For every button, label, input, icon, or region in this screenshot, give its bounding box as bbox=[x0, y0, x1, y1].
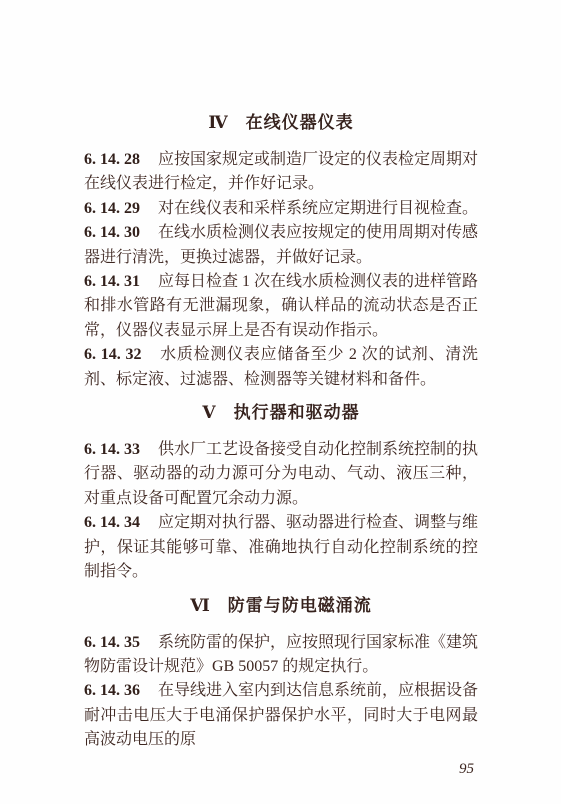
clause-number: 6. 14. 33 bbox=[84, 441, 140, 458]
clause-6-14-31: 6. 14. 31应每日检查 1 次在线水质检测仪表的进样管路和排水管路有无泄漏… bbox=[84, 270, 478, 343]
clause-text: 应定期对执行器、驱动器进行检查、调整与维护，保证其能够可靠、准确地执行自动化控制… bbox=[84, 514, 478, 580]
clause-number: 6. 14. 31 bbox=[84, 273, 140, 290]
clause-text: 系统防雷的保护，应按照现行国家标准《建筑物防雷设计规范》GB 50057 的规定… bbox=[84, 634, 478, 675]
section-title: 在线仪器仪表 bbox=[246, 113, 354, 132]
clause-text: 对在线仪表和采样系统应定期进行目视检查。 bbox=[158, 200, 478, 217]
clause-6-14-33: 6. 14. 33供水厂工艺设备接受自动化控制系统控制的执行器、驱动器的动力源可… bbox=[84, 438, 478, 511]
clause-6-14-28: 6. 14. 28应按国家规定或制造厂设定的仪表检定周期对在线仪表进行检定，并作… bbox=[84, 148, 478, 197]
section-numeral: Ⅵ bbox=[190, 596, 210, 615]
clause-number: 6. 14. 35 bbox=[84, 634, 140, 651]
section-heading-iv: Ⅳ在线仪器仪表 bbox=[84, 108, 478, 138]
clause-number: 6. 14. 36 bbox=[84, 682, 140, 699]
clause-text: 在线水质检测仪表应按规定的使用周期对传感器进行清洗，更换过滤器，并做好记录。 bbox=[84, 224, 478, 265]
section-numeral: Ⅴ bbox=[202, 403, 215, 422]
clause-6-14-35: 6. 14. 35系统防雷的保护，应按照现行国家标准《建筑物防雷设计规范》GB … bbox=[84, 631, 478, 680]
document-page: Ⅳ在线仪器仪表 6. 14. 28应按国家规定或制造厂设定的仪表检定周期对在线仪… bbox=[0, 0, 561, 804]
clause-number: 6. 14. 29 bbox=[84, 200, 140, 217]
section-title: 执行器和驱动器 bbox=[234, 403, 360, 422]
page-number: 95 bbox=[84, 757, 478, 781]
clause-6-14-32: 6. 14. 32水质检测仪表应储备至少 2 次的试剂、清洗剂、标定液、过滤器、… bbox=[84, 343, 478, 392]
clause-6-14-36: 6. 14. 36在导线进入室内到达信息系统前，应根据设备耐冲击电压大于电涌保护… bbox=[84, 679, 478, 752]
clause-6-14-29: 6. 14. 29对在线仪表和采样系统应定期进行目视检查。 bbox=[84, 197, 478, 221]
clause-text: 供水厂工艺设备接受自动化控制系统控制的执行器、驱动器的动力源可分为电动、气动、液… bbox=[84, 441, 478, 507]
clause-6-14-30: 6. 14. 30在线水质检测仪表应按规定的使用周期对传感器进行清洗，更换过滤器… bbox=[84, 221, 478, 270]
clause-text: 应每日检查 1 次在线水质检测仪表的进样管路和排水管路有无泄漏现象，确认样品的流… bbox=[84, 273, 478, 339]
clause-text: 水质检测仪表应储备至少 2 次的试剂、清洗剂、标定液、过滤器、检测器等关键材料和… bbox=[84, 346, 478, 387]
clause-number: 6. 14. 28 bbox=[84, 151, 140, 168]
clause-text: 在导线进入室内到达信息系统前，应根据设备耐冲击电压大于电涌保护器保护水平，同时大… bbox=[84, 682, 478, 748]
clause-number: 6. 14. 32 bbox=[84, 346, 141, 363]
clause-6-14-34: 6. 14. 34应定期对执行器、驱动器进行检查、调整与维护，保证其能够可靠、准… bbox=[84, 511, 478, 584]
section-heading-vi: Ⅵ防雷与防电磁涌流 bbox=[84, 591, 478, 621]
clause-number: 6. 14. 34 bbox=[84, 514, 140, 531]
section-title: 防雷与防电磁涌流 bbox=[228, 596, 372, 615]
section-heading-v: Ⅴ执行器和驱动器 bbox=[84, 398, 478, 428]
clause-number: 6. 14. 30 bbox=[84, 224, 140, 241]
section-numeral: Ⅳ bbox=[208, 113, 227, 132]
clause-text: 应按国家规定或制造厂设定的仪表检定周期对在线仪表进行检定，并作好记录。 bbox=[84, 151, 478, 192]
